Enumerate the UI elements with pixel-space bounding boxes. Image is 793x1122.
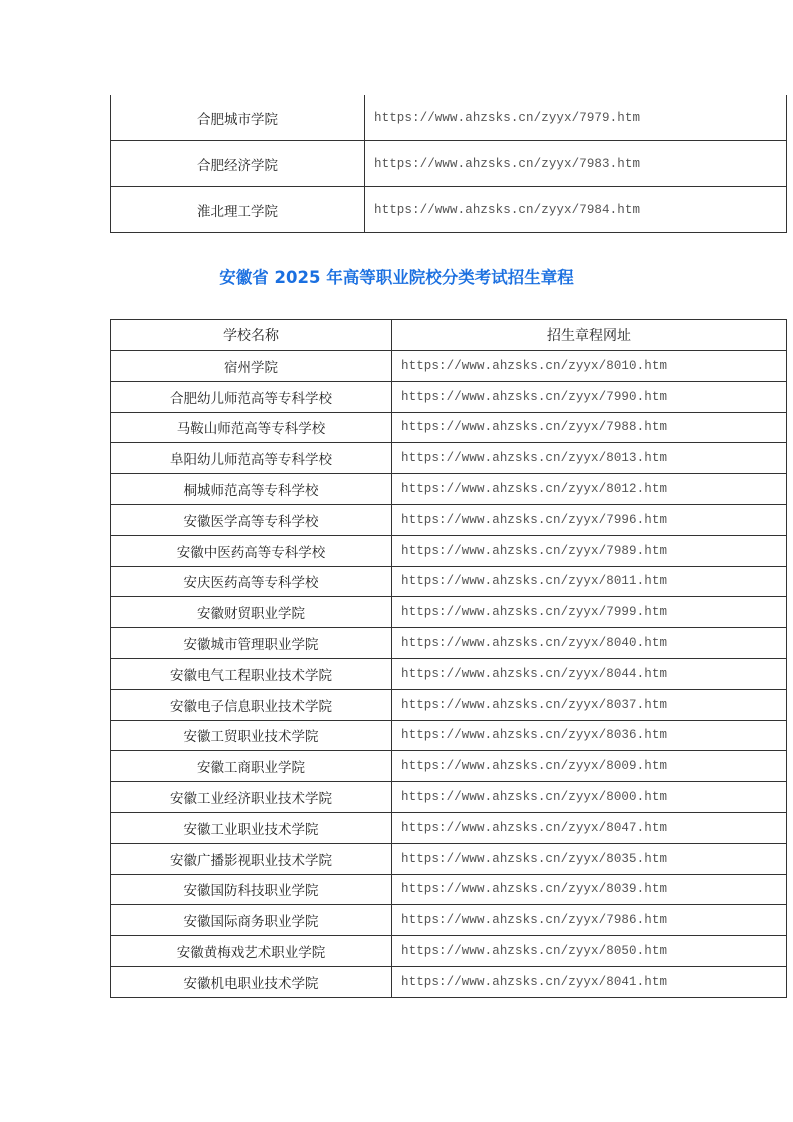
charter-url-link[interactable]: https://www.ahzsks.cn/zyyx/8037.htm (392, 689, 787, 720)
school-name: 安徽中医药高等专科学校 (111, 535, 392, 566)
charter-url-link[interactable]: https://www.ahzsks.cn/zyyx/7989.htm (392, 535, 787, 566)
charter-url-link[interactable]: https://www.ahzsks.cn/zyyx/8011.htm (392, 566, 787, 597)
table-row: 安徽广播影视职业技术学院https://www.ahzsks.cn/zyyx/8… (111, 843, 787, 874)
charter-url-link[interactable]: https://www.ahzsks.cn/zyyx/8041.htm (392, 966, 787, 997)
table-row: 阜阳幼儿师范高等专科学校https://www.ahzsks.cn/zyyx/8… (111, 443, 787, 474)
school-name: 安徽电气工程职业技术学院 (111, 658, 392, 689)
table-row: 安徽财贸职业学院https://www.ahzsks.cn/zyyx/7999.… (111, 597, 787, 628)
charter-url-link[interactable]: https://www.ahzsks.cn/zyyx/7983.htm (365, 141, 787, 187)
school-name: 安庆医药高等专科学校 (111, 566, 392, 597)
school-name: 安徽工业职业技术学院 (111, 812, 392, 843)
school-name: 安徽国防科技职业学院 (111, 874, 392, 905)
school-name: 安徽工商职业学院 (111, 751, 392, 782)
table-row: 桐城师范高等专科学校https://www.ahzsks.cn/zyyx/801… (111, 474, 787, 505)
table-row: 安徽中医药高等专科学校https://www.ahzsks.cn/zyyx/79… (111, 535, 787, 566)
charter-url-link[interactable]: https://www.ahzsks.cn/zyyx/8009.htm (392, 751, 787, 782)
school-name: 合肥幼儿师范高等专科学校 (111, 381, 392, 412)
charter-url-link[interactable]: https://www.ahzsks.cn/zyyx/7984.htm (365, 187, 787, 233)
charter-url-link[interactable]: https://www.ahzsks.cn/zyyx/8040.htm (392, 628, 787, 659)
school-name: 阜阳幼儿师范高等专科学校 (111, 443, 392, 474)
table-row: 安徽机电职业技术学院https://www.ahzsks.cn/zyyx/804… (111, 966, 787, 997)
table-row: 安徽工贸职业技术学院https://www.ahzsks.cn/zyyx/803… (111, 720, 787, 751)
section-title: 安徽省 2025 年高等职业院校分类考试招生章程 (0, 264, 793, 288)
charter-url-link[interactable]: https://www.ahzsks.cn/zyyx/8050.htm (392, 936, 787, 967)
table-row: 合肥城市学院 https://www.ahzsks.cn/zyyx/7979.h… (111, 95, 787, 141)
table-row: 安徽工业经济职业技术学院https://www.ahzsks.cn/zyyx/8… (111, 782, 787, 813)
school-name: 马鞍山师范高等专科学校 (111, 412, 392, 443)
school-name: 淮北理工学院 (111, 187, 365, 233)
table-row: 安徽国际商务职业学院https://www.ahzsks.cn/zyyx/798… (111, 905, 787, 936)
school-name: 安徽国际商务职业学院 (111, 905, 392, 936)
school-name: 安徽广播影视职业技术学院 (111, 843, 392, 874)
school-name: 安徽工贸职业技术学院 (111, 720, 392, 751)
charter-url-link[interactable]: https://www.ahzsks.cn/zyyx/7996.htm (392, 504, 787, 535)
table-header-row: 学校名称 招生章程网址 (111, 320, 787, 351)
table-row: 安徽电子信息职业技术学院https://www.ahzsks.cn/zyyx/8… (111, 689, 787, 720)
table-row: 合肥幼儿师范高等专科学校https://www.ahzsks.cn/zyyx/7… (111, 381, 787, 412)
charter-url-link[interactable]: https://www.ahzsks.cn/zyyx/7988.htm (392, 412, 787, 443)
table-row: 马鞍山师范高等专科学校https://www.ahzsks.cn/zyyx/79… (111, 412, 787, 443)
table-row: 安徽医学高等专科学校https://www.ahzsks.cn/zyyx/799… (111, 504, 787, 535)
column-header-charter-url: 招生章程网址 (392, 320, 787, 351)
charter-url-link[interactable]: https://www.ahzsks.cn/zyyx/7979.htm (365, 95, 787, 141)
charter-url-link[interactable]: https://www.ahzsks.cn/zyyx/7999.htm (392, 597, 787, 628)
charter-url-link[interactable]: https://www.ahzsks.cn/zyyx/7990.htm (392, 381, 787, 412)
charter-url-link[interactable]: https://www.ahzsks.cn/zyyx/8044.htm (392, 658, 787, 689)
table-row: 安徽工业职业技术学院https://www.ahzsks.cn/zyyx/804… (111, 812, 787, 843)
school-name: 合肥城市学院 (111, 95, 365, 141)
table-row: 合肥经济学院 https://www.ahzsks.cn/zyyx/7983.h… (111, 141, 787, 187)
charter-url-link[interactable]: https://www.ahzsks.cn/zyyx/8039.htm (392, 874, 787, 905)
table-row: 淮北理工学院 https://www.ahzsks.cn/zyyx/7984.h… (111, 187, 787, 233)
school-name: 合肥经济学院 (111, 141, 365, 187)
charter-url-link[interactable]: https://www.ahzsks.cn/zyyx/8010.htm (392, 351, 787, 382)
school-name: 安徽财贸职业学院 (111, 597, 392, 628)
school-name: 安徽电子信息职业技术学院 (111, 689, 392, 720)
school-name: 安徽机电职业技术学院 (111, 966, 392, 997)
table-row: 安徽工商职业学院https://www.ahzsks.cn/zyyx/8009.… (111, 751, 787, 782)
vocational-school-table: 学校名称 招生章程网址 宿州学院https://www.ahzsks.cn/zy… (110, 319, 787, 998)
table-row: 安徽电气工程职业技术学院https://www.ahzsks.cn/zyyx/8… (111, 658, 787, 689)
continued-school-table: 合肥城市学院 https://www.ahzsks.cn/zyyx/7979.h… (110, 95, 787, 233)
column-header-school-name: 学校名称 (111, 320, 392, 351)
charter-url-link[interactable]: https://www.ahzsks.cn/zyyx/8047.htm (392, 812, 787, 843)
school-name: 安徽工业经济职业技术学院 (111, 782, 392, 813)
charter-url-link[interactable]: https://www.ahzsks.cn/zyyx/8036.htm (392, 720, 787, 751)
charter-url-link[interactable]: https://www.ahzsks.cn/zyyx/8012.htm (392, 474, 787, 505)
school-name: 安徽城市管理职业学院 (111, 628, 392, 659)
charter-url-link[interactable]: https://www.ahzsks.cn/zyyx/8013.htm (392, 443, 787, 474)
table-row: 安徽黄梅戏艺术职业学院https://www.ahzsks.cn/zyyx/80… (111, 936, 787, 967)
charter-url-link[interactable]: https://www.ahzsks.cn/zyyx/8000.htm (392, 782, 787, 813)
school-name: 桐城师范高等专科学校 (111, 474, 392, 505)
table-row: 安徽国防科技职业学院https://www.ahzsks.cn/zyyx/803… (111, 874, 787, 905)
school-name: 安徽医学高等专科学校 (111, 504, 392, 535)
school-name: 宿州学院 (111, 351, 392, 382)
table-row: 安庆医药高等专科学校https://www.ahzsks.cn/zyyx/801… (111, 566, 787, 597)
school-name: 安徽黄梅戏艺术职业学院 (111, 936, 392, 967)
table-row: 安徽城市管理职业学院https://www.ahzsks.cn/zyyx/804… (111, 628, 787, 659)
charter-url-link[interactable]: https://www.ahzsks.cn/zyyx/8035.htm (392, 843, 787, 874)
charter-url-link[interactable]: https://www.ahzsks.cn/zyyx/7986.htm (392, 905, 787, 936)
table-row: 宿州学院https://www.ahzsks.cn/zyyx/8010.htm (111, 351, 787, 382)
